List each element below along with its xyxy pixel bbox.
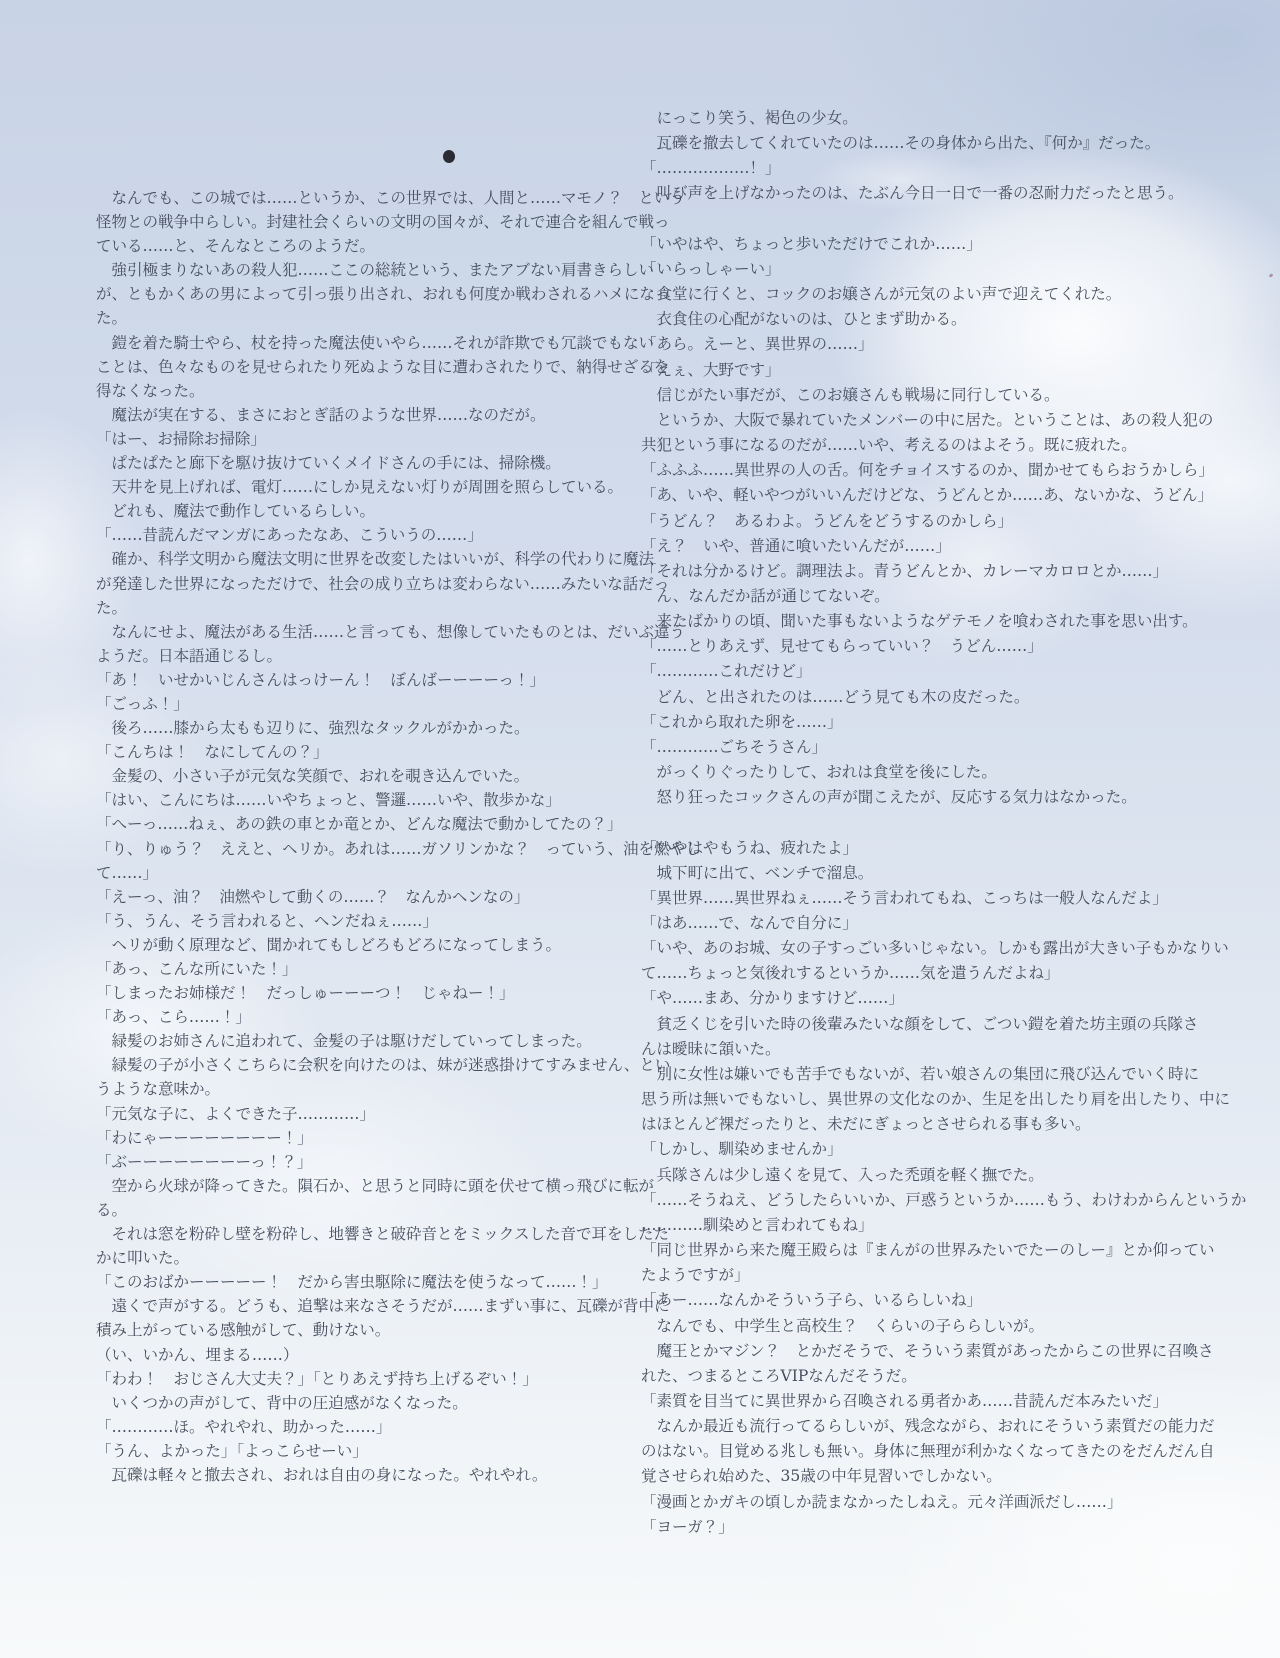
text-line: がっくりぐったりして、おれは食堂を後にした。 [641,760,1201,785]
text-line: にっこり笑う、褐色の少女。 [641,106,1201,131]
text-line: 「いやはや、ちょっと歩いただけでこれか……」 [641,232,1201,257]
text-line: 「り、りゅう？ ええと、ヘリか。あれは……ガソリンかな？ っていう、油を燃やし [96,837,612,861]
text-line: 「…………ほ。やれやれ、助かった……」 [96,1415,612,1439]
text-line: 別に女性は嫌いでも苦手でもないが、若い娘さんの集団に飛び込んでいく時に [641,1062,1201,1087]
text-line: 「ごっふ！」 [96,692,612,716]
text-line: 確か、科学文明から魔法文明に世界を改変したはいいが、科学の代わりに魔法 [96,547,612,571]
text-line: 「………………！」 [641,156,1201,181]
text-line: れた、つまるところVIPなんだそうだ。 [641,1364,1201,1389]
text-line: 怪物との戦争中らしい。封建社会くらいの文明の国々が、それで連合を組んで戦っ [96,210,612,234]
text-line: 「いや、あのお城、女の子すっごい多いじゃない。しかも露出が大きい子もかなりい [641,936,1201,961]
text-line: 「素質を目当てに異世界から召喚される勇者かあ……昔読んだ本みたいだ」 [641,1389,1201,1414]
text-line: 「それは分かるけど。調理法よ。青うどんとか、カレーマカロロとか……」 [641,559,1201,584]
text-line: はほとんど裸だったりと、未だにぎょっとさせられる事も多い。 [641,1112,1201,1137]
text-line: 思う所は無いでもないし、異世界の文化なのか、生足を出したり肩を出したり、中に [641,1087,1201,1112]
text-line: 魔法が実在する、まさにおとぎ話のような世界……なのだが。 [96,403,612,427]
text-line: 「あ、いや、軽いやつがいいんだけどな、うどんとか……あ、ないかな、うどん」 [641,483,1201,508]
text-line: ん、なんだか話が通じてないぞ。 [641,584,1201,609]
novel-page: なんでも、この城では……というか、この世界では、人間と……マモノ？ という怪物と… [0,0,1280,1658]
text-line: た。 [96,306,612,330]
text-line: んは曖昧に頷いた。 [641,1037,1201,1062]
text-line: 金髪の、小さい子が元気な笑顔で、おれを覗き込んでいた。 [96,764,612,788]
text-line: ようだ。日本語通じるし。 [96,644,612,668]
text-line: なんか最近も流行ってるらしいが、残念ながら、おれにそういう素質だの能力だ [641,1414,1201,1439]
text-line: て……ちょっと気後れするというか……気を遣うんだよね」 [641,961,1201,986]
text-line: ことは、色々なものを見せられたり死ぬような目に遭わされたりで、納得せざるを [96,355,612,379]
text-line: 魔王とかマジン？ とかだそうで、そういう素質があったからこの世界に召喚さ [641,1339,1201,1364]
text-line: 「はあ……で、なんで自分に」 [641,911,1201,936]
text-line: 「うどん？ あるわよ。うどんをどうするのかしら」 [641,509,1201,534]
text-line: 瓦礫を撤去してくれていたのは……その身体から出た、『何か』だった。 [641,131,1201,156]
text-line: 空から火球が降ってきた。隕石か、と思うと同時に頭を伏せて横っ飛びに転が [96,1174,612,1198]
scan-artifact [1269,273,1274,278]
text-line: 信じがたい事だが、このお嬢さんも戦場に同行している。 [641,383,1201,408]
text-line: 「ヨーガ？」 [641,1515,1201,1540]
text-line: かに叩いた。 [96,1246,612,1270]
text-line: が、ともかくあの男によって引っ張り出され、おれも何度か戦わされるハメになっ [96,282,612,306]
text-line: 覚させられ始めた、35歳の中年見習いでしかない。 [641,1464,1201,1489]
text-line: 怒り狂ったコックさんの声が聞こえたが、反応する気力はなかった。 [641,785,1201,810]
text-line: 「異世界……異世界ねぇ……そう言われてもね、こっちは一般人なんだよ」 [641,886,1201,911]
text-line: 「ぶーーーーーーーーっ！？」 [96,1150,612,1174]
text-line: どれも、魔法で動作しているらしい。 [96,499,612,523]
text-line: なんでも、この城では……というか、この世界では、人間と……マモノ？ という [96,186,612,210]
text-line: 「……とりあえず、見せてもらっていい？ うどん……」 [641,634,1201,659]
text-line: 「……昔読んだマンガにあったなあ、こういうの……」 [96,523,612,547]
text-line: …………馴染めと言われてもね」 [641,1213,1201,1238]
text-line: 来たばかりの頃、聞いた事もないようなゲテモノを喰わされた事を思い出す。 [641,609,1201,634]
text-line: たようですが」 [641,1263,1201,1288]
text-line: 「ふふふ……異世界の人の舌。何をチョイスするのか、聞かせてもらおうかしら」 [641,458,1201,483]
text-line: 食堂に行くと、コックのお嬢さんが元気のよい声で迎えてくれた。 [641,282,1201,307]
text-line [641,810,1201,835]
text-line: 瓦礫は軽々と撤去され、おれは自由の身になった。やれやれ。 [96,1463,612,1487]
text-line: 「あら。えーと、異世界の……」 [641,332,1201,357]
text-line: 貧乏くじを引いた時の後輩みたいな顔をして、ごつい鎧を着た坊主頭の兵隊さ [641,1012,1201,1037]
text-line: それは窓を粉砕し壁を粉砕し、地響きと破砕音とをミックスした音で耳をしたた [96,1222,612,1246]
text-line: 「元気な子に、よくできた子…………」 [96,1102,612,1126]
text-line: 緑髪のお姉さんに追われて、金髪の子は駆けだしていってしまった。 [96,1029,612,1053]
text-line: 「わわ！ おじさん大丈夫？」「とりあえず持ち上げるぞい！」 [96,1367,612,1391]
text-line: なんにせよ、魔法がある生活……と言っても、想像していたものとは、だいぶ違う [96,620,612,644]
text-line: 「あー……なんかそういう子ら、いるらしいね」 [641,1288,1201,1313]
text-line: 積み上がっている感触がして、動けない。 [96,1318,612,1342]
text-column-right: にっこり笑う、褐色の少女。 瓦礫を撤去してくれていたのは……その身体から出た、『… [641,106,1201,1540]
text-line: （い、いかん、埋まる……） [96,1343,612,1367]
text-line: というか、大阪で暴れていたメンバーの中に居た。ということは、あの殺人犯の [641,408,1201,433]
text-line: 「へーっ……ねぇ、あの鉄の車とか竜とか、どんな魔法で動かしてたの？」 [96,812,612,836]
text-line: 「あっ、こら……！」 [96,1005,612,1029]
text-line: 「……そうねえ、どうしたらいいか、戸惑うというか……もう、わけわからんというか [641,1188,1201,1213]
text-line: 「…………ごちそうさん」 [641,735,1201,760]
text-line: 「えーっ、油？ 油燃やして動くの……？ なんかヘンなの」 [96,885,612,909]
text-line: ている……と、そんなところのようだ。 [96,234,612,258]
text-line: 鎧を着た騎士やら、杖を持った魔法使いやら……それが詐欺でも冗談でもない [96,331,612,355]
text-line: る。 [96,1198,612,1222]
text-line: のはない。目覚める兆しも無い。身体に無理が利かなくなってきたのをだんだん自 [641,1439,1201,1464]
text-line: 得なくなった。 [96,379,612,403]
text-line: 後ろ……膝から太もも辺りに、強烈なタックルがかかった。 [96,716,612,740]
text-line: どん、と出されたのは……どう見ても木の皮だった。 [641,685,1201,710]
text-line: 「あ！ いせかいじんさんはっけーん！ ぼんばーーーーっ！」 [96,668,612,692]
text-column-left: なんでも、この城では……というか、この世界では、人間と……マモノ？ という怪物と… [96,186,612,1487]
text-line: ヘリが動く原理など、聞かれてもしどろもどろになってしまう。 [96,933,612,957]
text-line: 「しかし、馴染めませんか」 [641,1137,1201,1162]
text-line: 「こんちは！ なにしてんの？」 [96,740,612,764]
text-line: 「う、うん、そう言われると、ヘンだねぇ……」 [96,909,612,933]
text-line: 「はい、こんにちは……いやちょっと、警邏……いや、散歩かな」 [96,788,612,812]
text-line [641,207,1201,232]
text-line: 「このおばかーーーーー！ だから害虫駆除に魔法を使うなって……！」 [96,1270,612,1294]
text-line: 「これから取れた卵を……」 [641,710,1201,735]
text-line: 「しまったお姉様だ！ だっしゅーーーつ！ じゃねー！」 [96,981,612,1005]
text-line: うような意味か。 [96,1077,612,1101]
text-line: 天井を見上げれば、電灯……にしか見えない灯りが周囲を照らしている。 [96,475,612,499]
text-line: 「わにゃーーーーーーーー！」 [96,1126,612,1150]
text-line: 兵隊さんは少し遠くを見て、入った禿頭を軽く撫でた。 [641,1163,1201,1188]
text-line: た。 [96,596,612,620]
text-line: 遠くで声がする。どうも、追撃は来なさそうだが……まずい事に、瓦礫が背中に [96,1294,612,1318]
text-line: 「えぇ、大野です」 [641,358,1201,383]
text-line: いくつかの声がして、背中の圧迫感がなくなった。 [96,1391,612,1415]
text-line: 「はー、お掃除お掃除」 [96,427,612,451]
text-line: 「漫画とかガキの頃しか読まなかったしねえ。元々洋画派だし……」 [641,1490,1201,1515]
text-line: 「あっ、こんな所にいた！」 [96,957,612,981]
text-line: 「いやはやもうね、疲れたよ」 [641,836,1201,861]
text-line: 叫び声を上げなかったのは、たぶん今日一日で一番の忍耐力だったと思う。 [641,181,1201,206]
text-line: 「え？ いや、普通に喰いたいんだが……」 [641,534,1201,559]
text-line: 共犯という事になるのだが……いや、考えるのはよそう。既に疲れた。 [641,433,1201,458]
text-line: て……」 [96,861,612,885]
text-line: 「同じ世界から来た魔王殿らは『まんがの世界みたいでたーのしー』とか仰ってい [641,1238,1201,1263]
text-line: ぱたぱたと廊下を駆け抜けていくメイドさんの手には、掃除機。 [96,451,612,475]
text-line: 城下町に出て、ベンチで溜息。 [641,861,1201,886]
text-line: 衣食住の心配がないのは、ひとまず助かる。 [641,307,1201,332]
text-line: 「…………これだけど」 [641,659,1201,684]
text-line: が発達した世界になっただけで、社会の成り立ちは変わらない……みたいな話だっ [96,572,612,596]
section-divider-bullet [443,150,455,163]
text-line: なんでも、中学生と高校生？ くらいの子ららしいが。 [641,1314,1201,1339]
text-line: 「や……まあ、分かりますけど……」 [641,986,1201,1011]
text-line: 緑髪の子が小さくこちらに会釈を向けたのは、妹が迷惑掛けてすみません、とい [96,1053,612,1077]
text-line: 「いらっしゃーい」 [641,257,1201,282]
text-line: 「うん、よかった」「よっこらせーい」 [96,1439,612,1463]
text-line: 強引極まりないあの殺人犯……ここの総統という、またアブない肩書きらしい [96,258,612,282]
